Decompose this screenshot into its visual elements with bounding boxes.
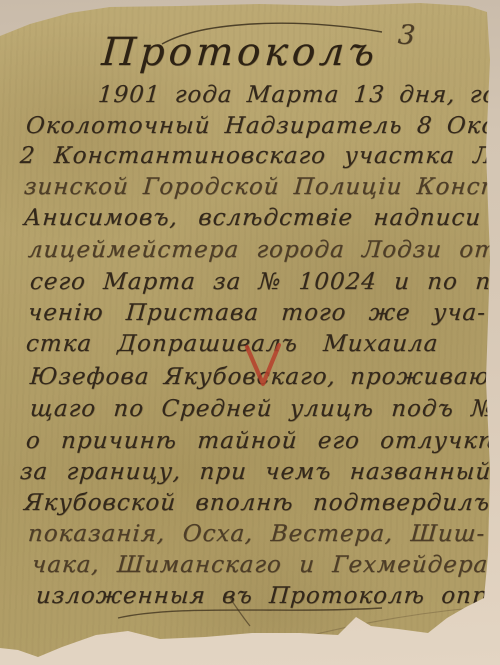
pencil-stray-mark (290, 598, 500, 646)
title-flourish (150, 16, 400, 50)
manuscript-line-15: показанія, Осха, Вестера, Шиш- (27, 521, 486, 547)
manuscript-line-7: сего Марта за № 10024 и по пору- (29, 269, 500, 295)
manuscript-line-1: 1901 года Марта 13 дня, гор. Лодзь (97, 82, 500, 108)
manuscript-line-11: щаго по Средней улицѣ подъ № 81 (29, 396, 500, 422)
manuscript-line-6: лицеймейстера города Лодзи отъ 10го (27, 237, 500, 263)
manuscript-line-9: стка Допрашивалъ Михаила (25, 331, 439, 357)
red-check-mark-icon (240, 342, 286, 390)
manuscript-line-14: Якубовской вполнѣ подтвердилъ (23, 490, 491, 516)
manuscript-line-12: о причинѣ тайной его отлучкѣ (25, 428, 500, 454)
manuscript-line-8: ченію Пристава того же уча- (27, 300, 487, 326)
photo-of-document: Протоколъ 3 1901 года Марта 13 дня, гор.… (0, 0, 500, 665)
manuscript-line-5: Анисимовъ, вслѣдствіе надписи По- (23, 205, 500, 231)
manuscript-line-13: за границу, при чемъ названный (19, 459, 492, 485)
manuscript-line-16: чака, Шиманскаго и Гехмейдера (31, 552, 489, 578)
manuscript-line-3: 2 Константиновскаго участка Лод- (19, 143, 500, 169)
manuscript-line-2: Околоточный Надзиратель 8 Околотка (25, 113, 500, 139)
manuscript-paper: Протоколъ 3 1901 года Марта 13 дня, гор.… (0, 0, 500, 665)
manuscript-line-4: зинской Городской Полиціи Константинъ (23, 174, 500, 200)
